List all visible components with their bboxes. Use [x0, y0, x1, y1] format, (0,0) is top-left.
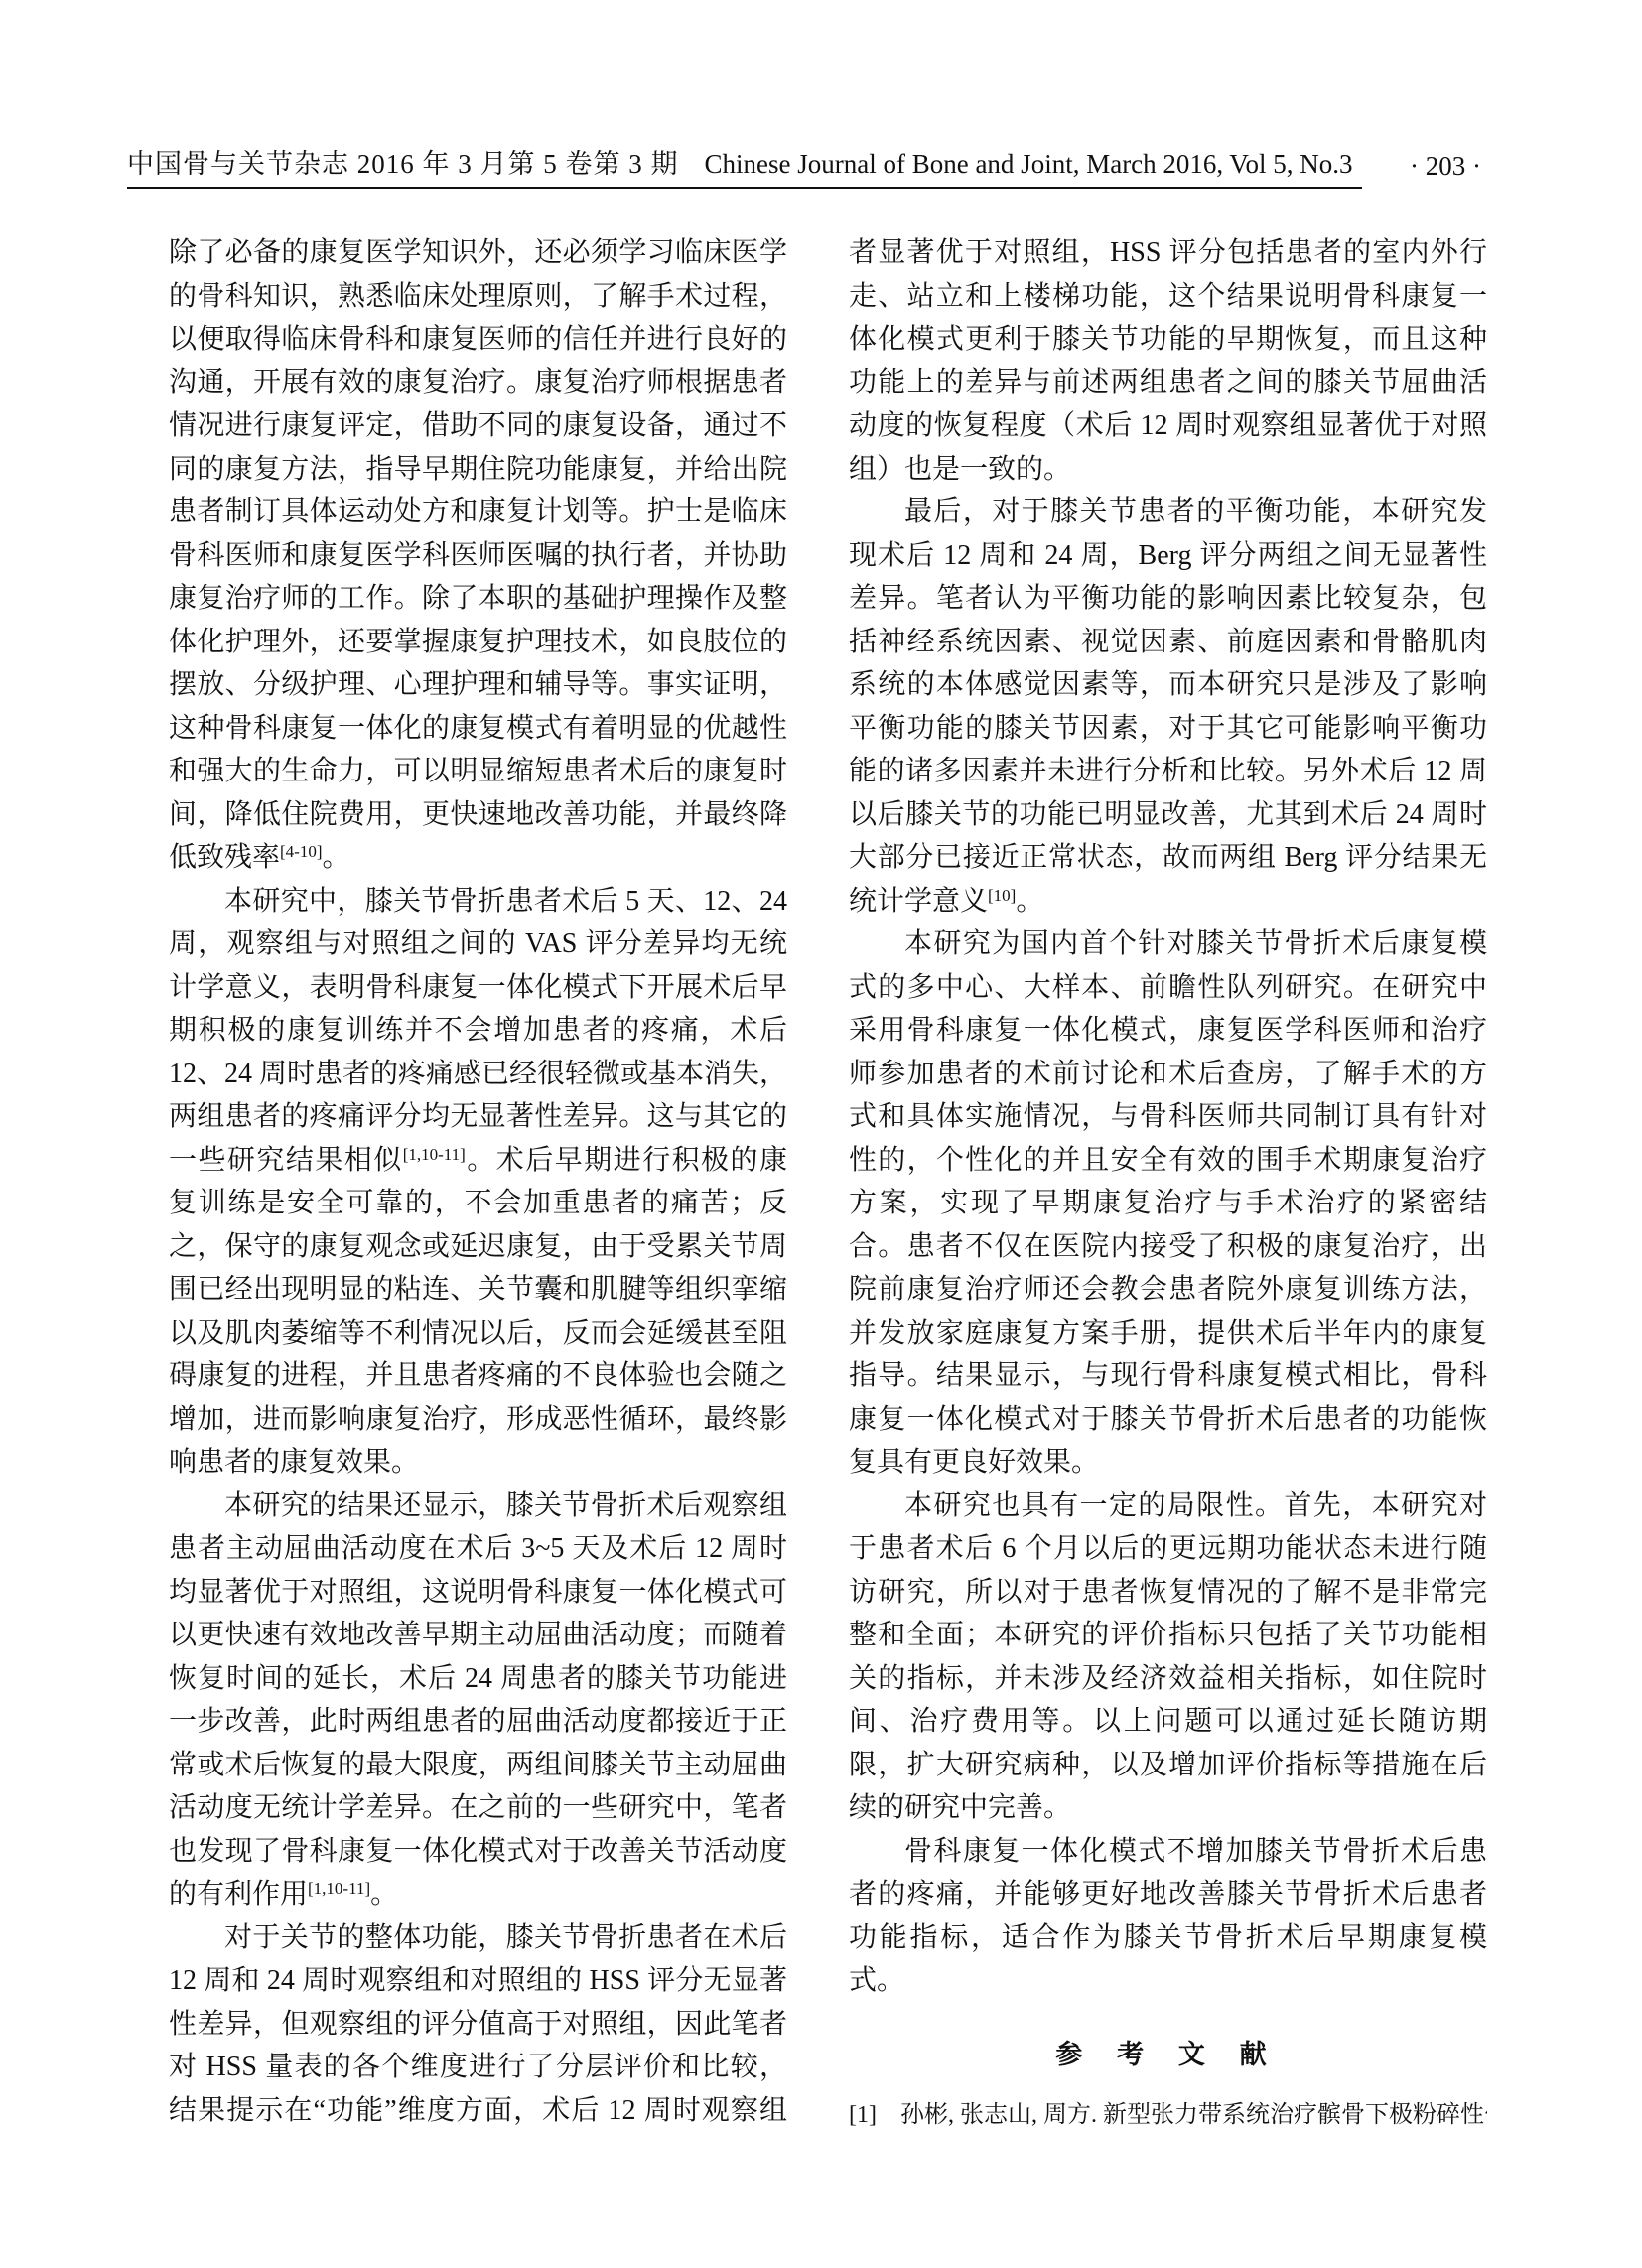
- paragraph: 本研究也具有一定的局限性。首先，本研究对于患者术后 6 个月以后的更远期功能状态…: [849, 1485, 1487, 1830]
- paragraph: 对于关节的整体功能，膝关节骨折患者在术后 12 周和 24 周时观察组和对照组的…: [169, 1916, 787, 2139]
- paragraph: 最后，对于膝关节患者的平衡功能，本研究发现术后 12 周和 24 周，Berg …: [849, 491, 1487, 922]
- paragraph: 本研究中，膝关节骨折患者术后 5 天、12、24 周，观察组与对照组之间的 VA…: [169, 880, 787, 1485]
- paragraph: 本研究为国内首个针对膝关节骨折术后康复模式的多中心、大样本、前瞻性队列研究。在研…: [849, 922, 1487, 1485]
- journal-page: 中国骨与关节杂志 2016 年 3 月第 5 卷第 3 期Chinese Jou…: [0, 0, 1642, 2268]
- citation-superscript: [1,10-11]: [308, 1879, 370, 1898]
- paragraph: 除了必备的康复医学知识外，还必须学习临床医学的骨科知识，熟悉临床处理原则，了解手…: [169, 231, 787, 880]
- paragraph: 本研究的结果还显示，膝关节骨折术后观察组患者主动屈曲活动度在术后 3~5 天及术…: [169, 1485, 787, 1916]
- journal-title-zh: 中国骨与关节杂志 2016 年 3 月第 5 卷第 3 期: [127, 149, 679, 179]
- right-column: 者显著优于对照组，HSS 评分包括患者的室内外行走、站立和上楼梯功能，这个结果说…: [849, 231, 1487, 2207]
- reference-number: [1]: [849, 2097, 900, 2133]
- citation-superscript: [1,10-11]: [403, 1145, 466, 1164]
- page-number: · 203 ·: [1398, 151, 1493, 182]
- running-head: 中国骨与关节杂志 2016 年 3 月第 5 卷第 3 期Chinese Jou…: [127, 147, 1362, 189]
- journal-title-en: Chinese Journal of Bone and Joint, March…: [705, 149, 1353, 179]
- citation-superscript: [4-10]: [280, 842, 322, 861]
- reference-item: [1]孙彬, 张志山, 周方. 新型张力带系统治疗髌骨下极粉碎性骨: [849, 2097, 1487, 2133]
- reference-text: 孙彬, 张志山, 周方. 新型张力带系统治疗髌骨下极粉碎性骨: [900, 2097, 1487, 2133]
- references-heading: 参 考 文 献: [849, 2033, 1487, 2071]
- references-section: 参 考 文 献[1]孙彬, 张志山, 周方. 新型张力带系统治疗髌骨下极粉碎性骨: [849, 2033, 1487, 2133]
- left-column: 除了必备的康复医学知识外，还必须学习临床医学的骨科知识，熟悉临床处理原则，了解手…: [169, 231, 787, 2138]
- paragraph: 骨科康复一体化模式不增加膝关节骨折术后患者的疼痛，并能够更好地改善膝关节骨折术后…: [849, 1830, 1487, 2003]
- paragraph: 者显著优于对照组，HSS 评分包括患者的室内外行走、站立和上楼梯功能，这个结果说…: [849, 231, 1487, 491]
- citation-superscript: [10]: [988, 886, 1016, 905]
